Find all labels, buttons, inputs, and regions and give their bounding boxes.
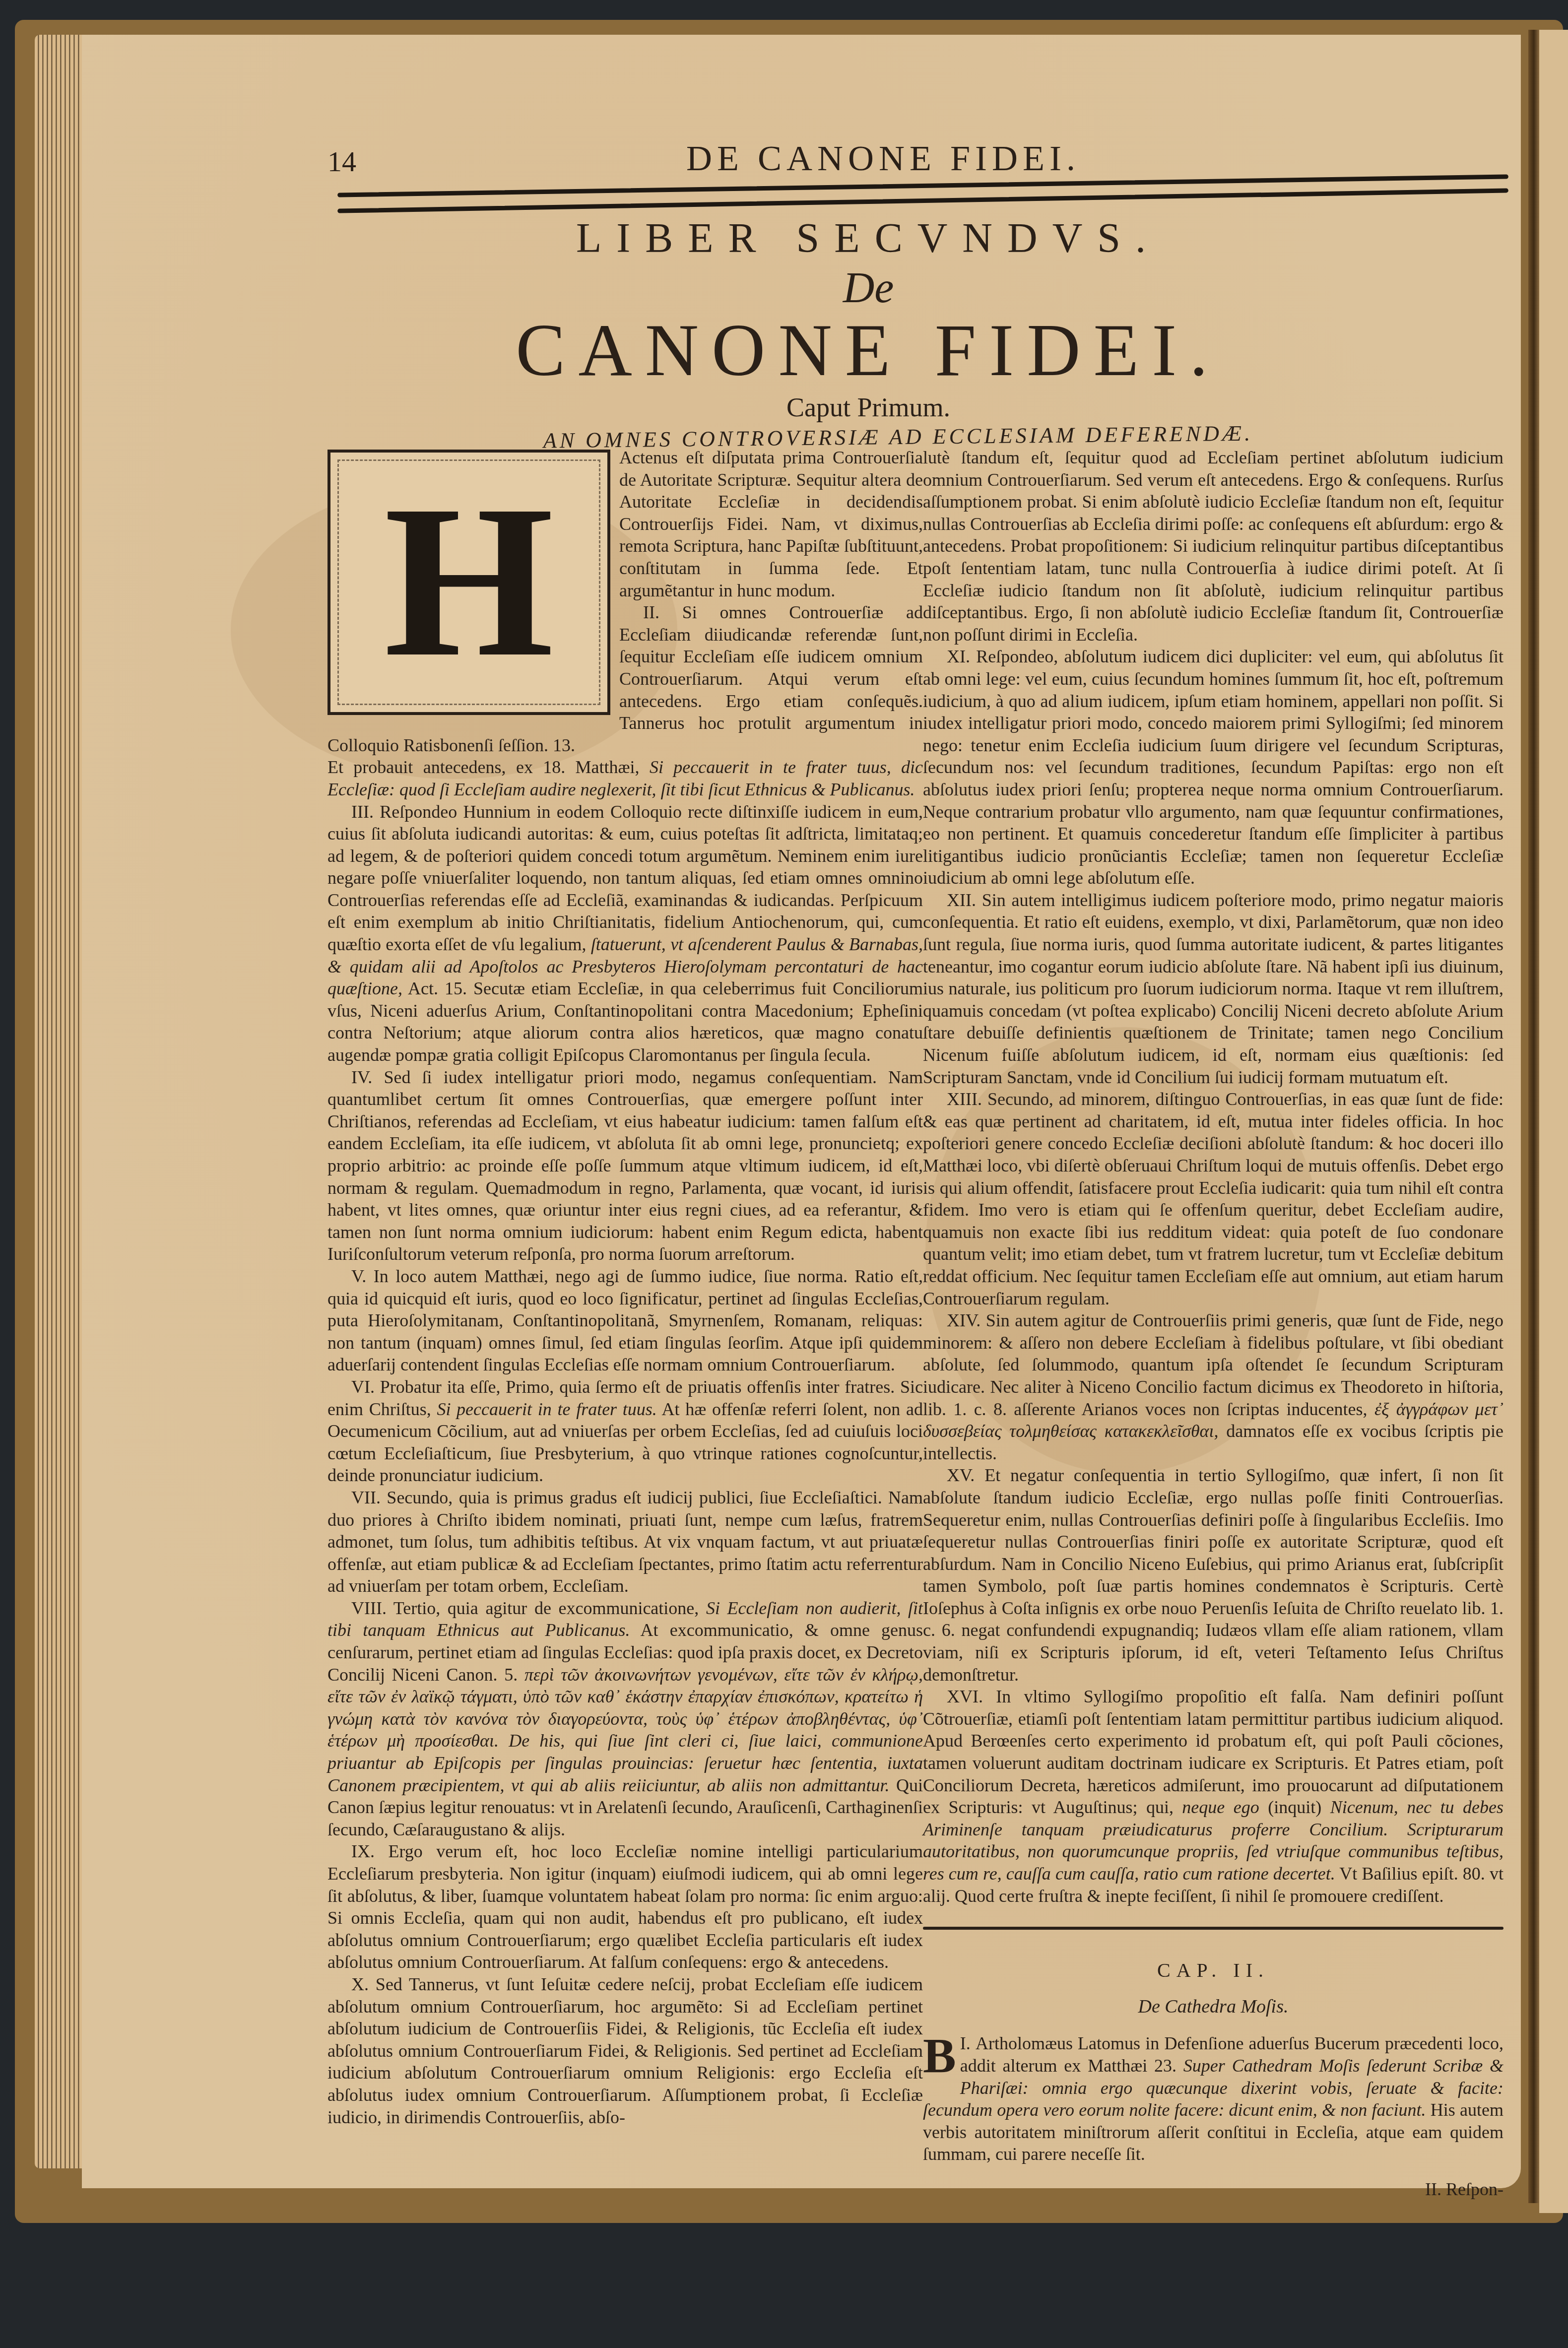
text: VIII. Tertio, quia agitur de excommunica…	[351, 1598, 706, 1618]
chapter-2-title: CAP. II.	[923, 1959, 1503, 1982]
paragraph-ii-cont: Et probauit antecedens, ex 18. Matthæi, …	[327, 756, 923, 800]
paragraph-xii: XII. Sin autem intelligimus iudicem poſt…	[923, 889, 1503, 1088]
initial-letter-icon: H	[330, 472, 607, 691]
facing-page-edge	[1539, 30, 1568, 2213]
page-edges	[35, 35, 89, 2168]
catchword: II. Reſpon-	[923, 2178, 1503, 2201]
chapter-2-paragraph-i: I. BArtholomæus Latomus in Defenſione ad…	[923, 2032, 1503, 2165]
book-gutter	[1528, 30, 1539, 2203]
book-title: LIBER SECVNDVS.	[496, 214, 1241, 262]
main-title: CANONE FIDEI.	[447, 308, 1290, 393]
text: III. Reſpondeo Hunnium in eodem Colloqui…	[327, 802, 923, 955]
running-head: DE CANONE FIDEI.	[610, 138, 1156, 179]
chapter-2-subtitle: De Cathedra Moſis.	[923, 1996, 1503, 2018]
section-divider	[923, 1927, 1503, 1930]
paragraph-vi: VI. Probatur ita eſſe, Primo, quia ſermo…	[327, 1376, 923, 1487]
woodcut-initial: H	[327, 450, 610, 715]
title-de: De	[794, 263, 943, 313]
paragraph-iv: IV. Sed ſi iudex intelligatur priori mod…	[327, 1066, 923, 1265]
scripture-quote: Si peccauerit in te frater tuus.	[437, 1399, 656, 1419]
paragraph-xi: XI. Reſpondeo, abſolutum iudicem dici du…	[923, 646, 1503, 889]
paragraph-v: V. In loco autem Matthæi, nego agi de ſu…	[327, 1265, 923, 1376]
paragraph-x-cont: lutè ſtandum eſt, ſequitur quod ad Eccle…	[923, 447, 1503, 646]
quote: neque ego	[1182, 1797, 1259, 1817]
right-column: lutè ſtandum eſt, ſequitur quod ad Eccle…	[923, 447, 1503, 2201]
paragraph-xv: XV. Et negatur conſequentia in tertio Sy…	[923, 1464, 1503, 1686]
paragraph-x: X. Sed Tannerus, vt ſunt Ieſuitæ cedere …	[327, 1973, 923, 2128]
chapter-label: Caput Primum.	[695, 392, 1042, 423]
paragraph-xiv: XIV. Sin autem agitur de Controuerſiis p…	[923, 1309, 1503, 1464]
drop-cap: B	[923, 2034, 956, 2077]
paragraph-number: I.	[960, 2033, 971, 2053]
paragraph-ix: IX. Ergo verum eſt, hoc loco Eccleſiæ no…	[327, 1840, 923, 1973]
paragraph-viii: VIII. Tertio, quia agitur de excommunica…	[327, 1597, 923, 1841]
paragraph-iii: III. Reſpondeo Hunnium in eodem Colloqui…	[327, 801, 923, 1066]
paragraph-xvi: XVI. In vltimo Syllogiſmo propoſitio eſt…	[923, 1686, 1503, 1907]
text: Act. 15. Secutæ etiam Eccleſiæ, in qua c…	[327, 978, 923, 1065]
paragraph-xiii: XIII. Secundo, ad minorem, diſtinguo Con…	[923, 1088, 1503, 1309]
text: Et probauit antecedens, ex 18. Matthæi,	[327, 757, 650, 777]
paragraph-vii: VII. Secundo, quia is primus gradus eſt …	[327, 1487, 923, 1597]
left-column: H Actenus eſt diſputata prima Controuerſ…	[327, 447, 923, 2128]
page-number: 14	[327, 145, 356, 178]
text: (inquit)	[1259, 1797, 1330, 1817]
